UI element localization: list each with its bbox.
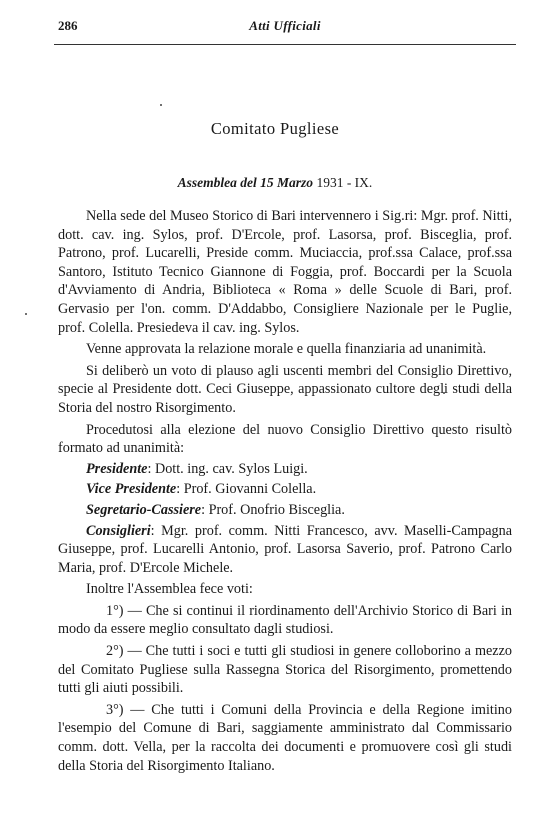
role-members: : Prof. Giovanni Colella. <box>176 481 316 497</box>
paragraph-election: Procedutosi alla elezione del nuovo Cons… <box>58 421 512 458</box>
paragraph-applause: Si deliberò un voto di plauso agli uscen… <box>58 362 512 418</box>
role-members: : Prof. Onofrio Bisceglia. <box>201 502 345 518</box>
body-text: Nella sede del Museo Storico di Bari int… <box>58 207 512 775</box>
role-label: Consiglieri <box>86 523 151 539</box>
role-label: Vice Presidente <box>86 481 176 497</box>
running-title: Atti Ufficiali <box>58 18 512 34</box>
section-title: Comitato Pugliese <box>0 119 550 139</box>
role-label: Presidente <box>86 461 147 477</box>
paragraph-approval: Venne approvata la relazione morale e qu… <box>58 340 512 359</box>
assembly-date: Assemblea del 15 Marzo 1931 - IX. <box>0 175 550 191</box>
vote-item-2: 2°) — Che tutti i soci e tutti gli studi… <box>58 642 512 698</box>
assembly-label: Assemblea del 15 Marzo <box>178 175 313 190</box>
council-councillors: Consiglieri: Mgr. prof. comm. Nitti Fran… <box>58 522 512 578</box>
vote-item-1: 1°) — Che si continui il riordinamento d… <box>58 602 512 639</box>
header-rule <box>54 44 516 45</box>
vote-item-3: 3°) — Che tutti i Comuni della Provincia… <box>58 701 512 775</box>
scanned-page: 286 Atti Ufficiali Comitato Pugliese Ass… <box>0 0 550 822</box>
scan-speck <box>25 313 27 315</box>
council-president: Presidente: Dott. ing. cav. Sylos Luigi. <box>58 460 512 479</box>
council-vice-president: Vice Presidente: Prof. Giovanni Colella. <box>58 480 512 499</box>
role-members: : Dott. ing. cav. Sylos Luigi. <box>147 461 307 477</box>
scan-speck <box>160 104 162 106</box>
assembly-year: 1931 - IX. <box>316 175 372 190</box>
running-head: 286 Atti Ufficiali <box>58 18 512 38</box>
role-label: Segretario-Cassiere <box>86 502 201 518</box>
paragraph-attendees: Nella sede del Museo Storico di Bari int… <box>58 207 512 337</box>
council-secretary-treasurer: Segretario-Cassiere: Prof. Onofrio Bisce… <box>58 501 512 520</box>
scan-speck <box>443 392 445 394</box>
votes-intro: Inoltre l'Assemblea fece voti: <box>58 580 512 599</box>
